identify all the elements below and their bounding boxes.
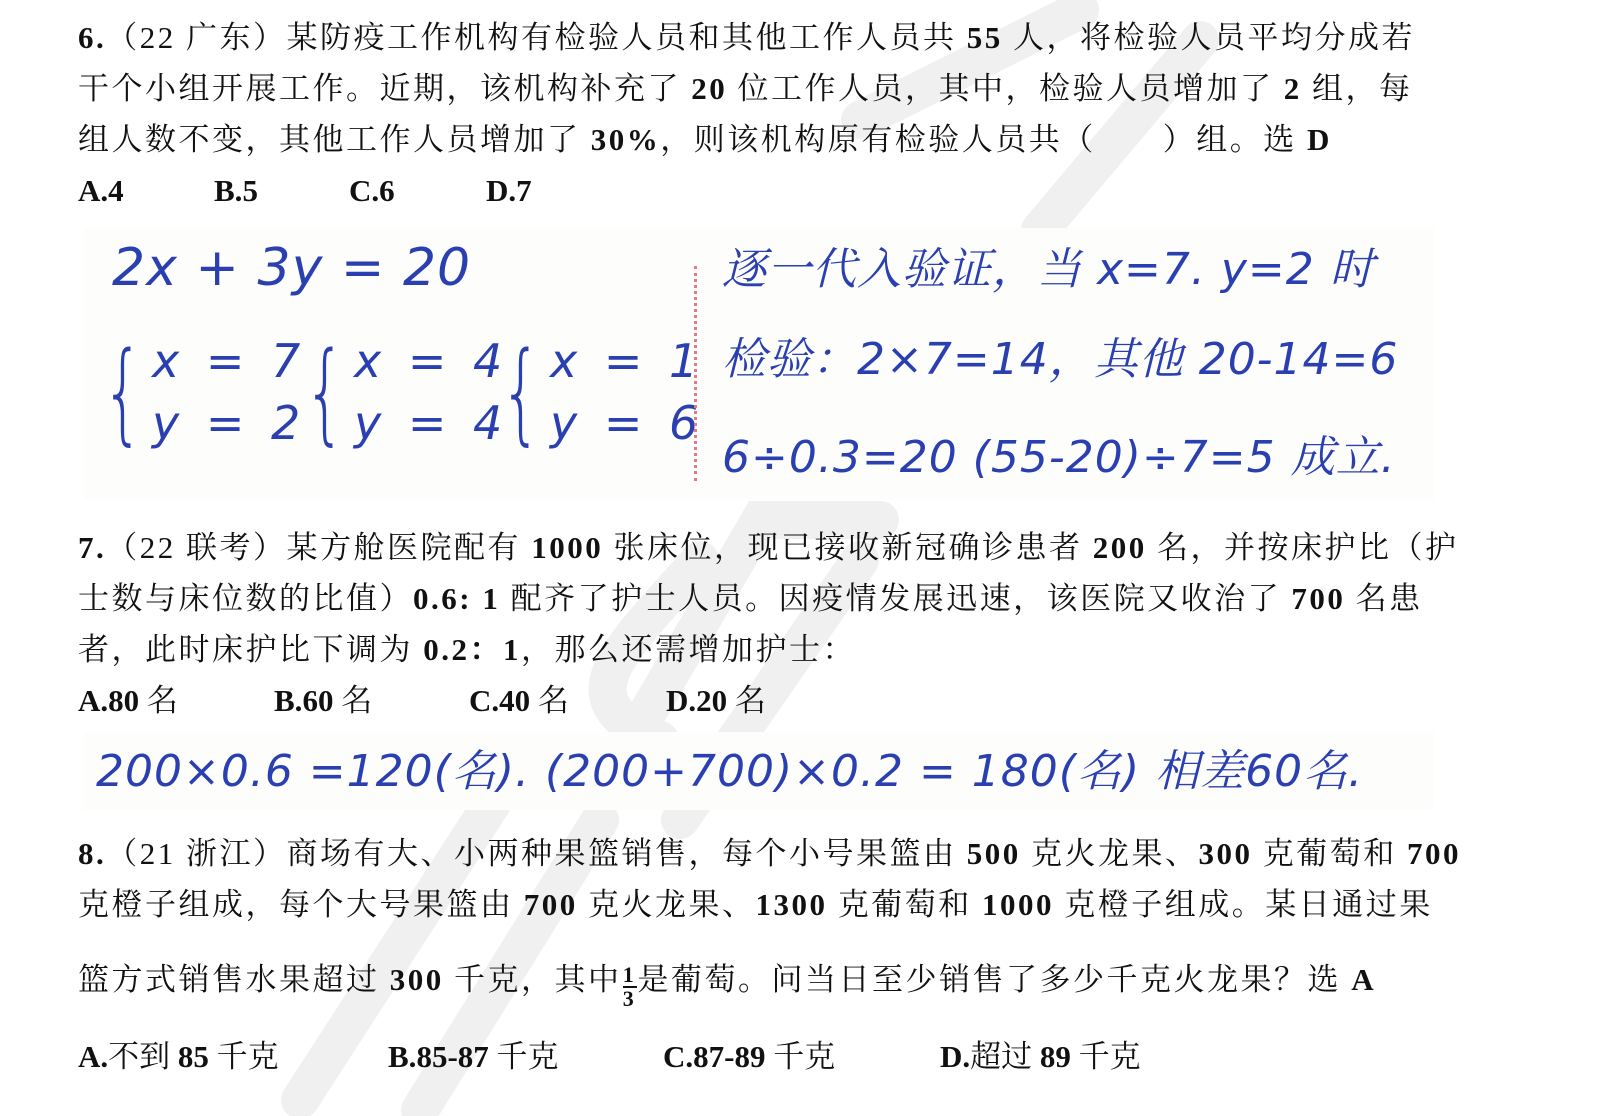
q6-equation: 2x + 3y = 20 [112, 236, 471, 300]
q7-options: A.80 名 B.60 名 C.40 名 D.20 名 [78, 681, 766, 721]
q7-option-a: A.80 名 [78, 681, 274, 721]
q6-answer: D [1307, 122, 1332, 157]
q6-system-3: { x = 1 y = 6 [486, 336, 704, 448]
q8-line-2: 克橙子组成，每个大号果篮由 700 克火龙果、1300 克葡萄和 1000 克橙… [78, 885, 1433, 925]
q8-option-d: D.超过 89 千克 [940, 1037, 1141, 1077]
q7-line-3: 者，此时床护比下调为 0.2：1，那么还需增加护士： [78, 630, 856, 670]
q6-source: （22 广东） [106, 20, 286, 55]
q7-number: 7. [78, 530, 106, 565]
q6-verify-line-3: 6÷0.3=20 (55-20)÷7=5 成立. [722, 428, 1396, 488]
q8-source: （21 浙江） [106, 836, 286, 871]
q6-option-a: A.4 [78, 171, 214, 211]
q8-line-1: 8.（21 浙江）商场有大、小两种果篮销售，每个小号果篮由 500 克火龙果、3… [78, 834, 1461, 874]
q7-option-b: B.60 名 [274, 681, 469, 721]
q8-answer: A [1351, 962, 1376, 997]
q7-line-1: 7.（22 联考）某方舱医院配有 1000 张床位，现已接收新冠确诊患者 200… [78, 528, 1459, 568]
q7-solution-line: 200×0.6 =120(名). (200+700)×0.2 = 180(名) … [96, 742, 1363, 802]
q8-option-b: B.85-87 千克 [388, 1037, 663, 1077]
q6-system-1: { x = 7 y = 2 [88, 336, 306, 448]
q6-option-c: C.6 [349, 171, 486, 211]
fraction-one-third: 13 [623, 965, 637, 1009]
q6-options: A.4 B.5 C.6 D.7 [78, 171, 532, 211]
q6-system-2: { x = 4 y = 4 [290, 336, 508, 448]
q7-option-c: C.40 名 [469, 681, 666, 721]
q6-option-b: B.5 [214, 171, 349, 211]
q6-option-d: D.7 [486, 171, 532, 211]
q6-verify-line-2: 检验：2×7=14，其他 20-14=6 [722, 330, 1398, 390]
q6-line-3: 组人数不变，其他工作人员增加了 30%，则该机构原有检验人员共（ ）组。选 D [78, 120, 1332, 160]
q8-options: A.不到 85 千克 B.85-87 千克 C.87-89 千克 D.超过 89… [78, 1037, 1141, 1077]
q8-number: 8. [78, 836, 106, 871]
left-brace-icon: { [102, 337, 144, 447]
q6-verify-line-1: 逐一代入验证，当 x=7. y=2 时 [722, 240, 1375, 300]
q6-line-2: 干个小组开展工作。近期，该机构补充了 20 位工作人员，其中，检验人员增加了 2… [78, 69, 1413, 109]
q7-source: （22 联考） [106, 530, 286, 565]
q6-number: 6. [78, 20, 106, 55]
left-brace-icon: { [304, 337, 346, 447]
left-brace-icon: { [500, 337, 542, 447]
q8-option-a: A.不到 85 千克 [78, 1037, 388, 1077]
q8-option-c: C.87-89 千克 [663, 1037, 940, 1077]
q8-line-3: 篮方式销售水果超过 300 千克，其中13是葡萄。问当日至少销售了多少千克火龙果… [78, 960, 1376, 1005]
q7-option-d: D.20 名 [666, 681, 766, 721]
dotted-divider [694, 266, 697, 481]
q6-line-1: 6.（22 广东）某防疫工作机构有检验人员和其他工作人员共 55 人，将检验人员… [78, 18, 1415, 58]
q7-line-2: 士数与床位数的比值）0.6: 1 配齐了护士人员。因疫情发展迅速，该医院又收治了… [78, 579, 1423, 619]
